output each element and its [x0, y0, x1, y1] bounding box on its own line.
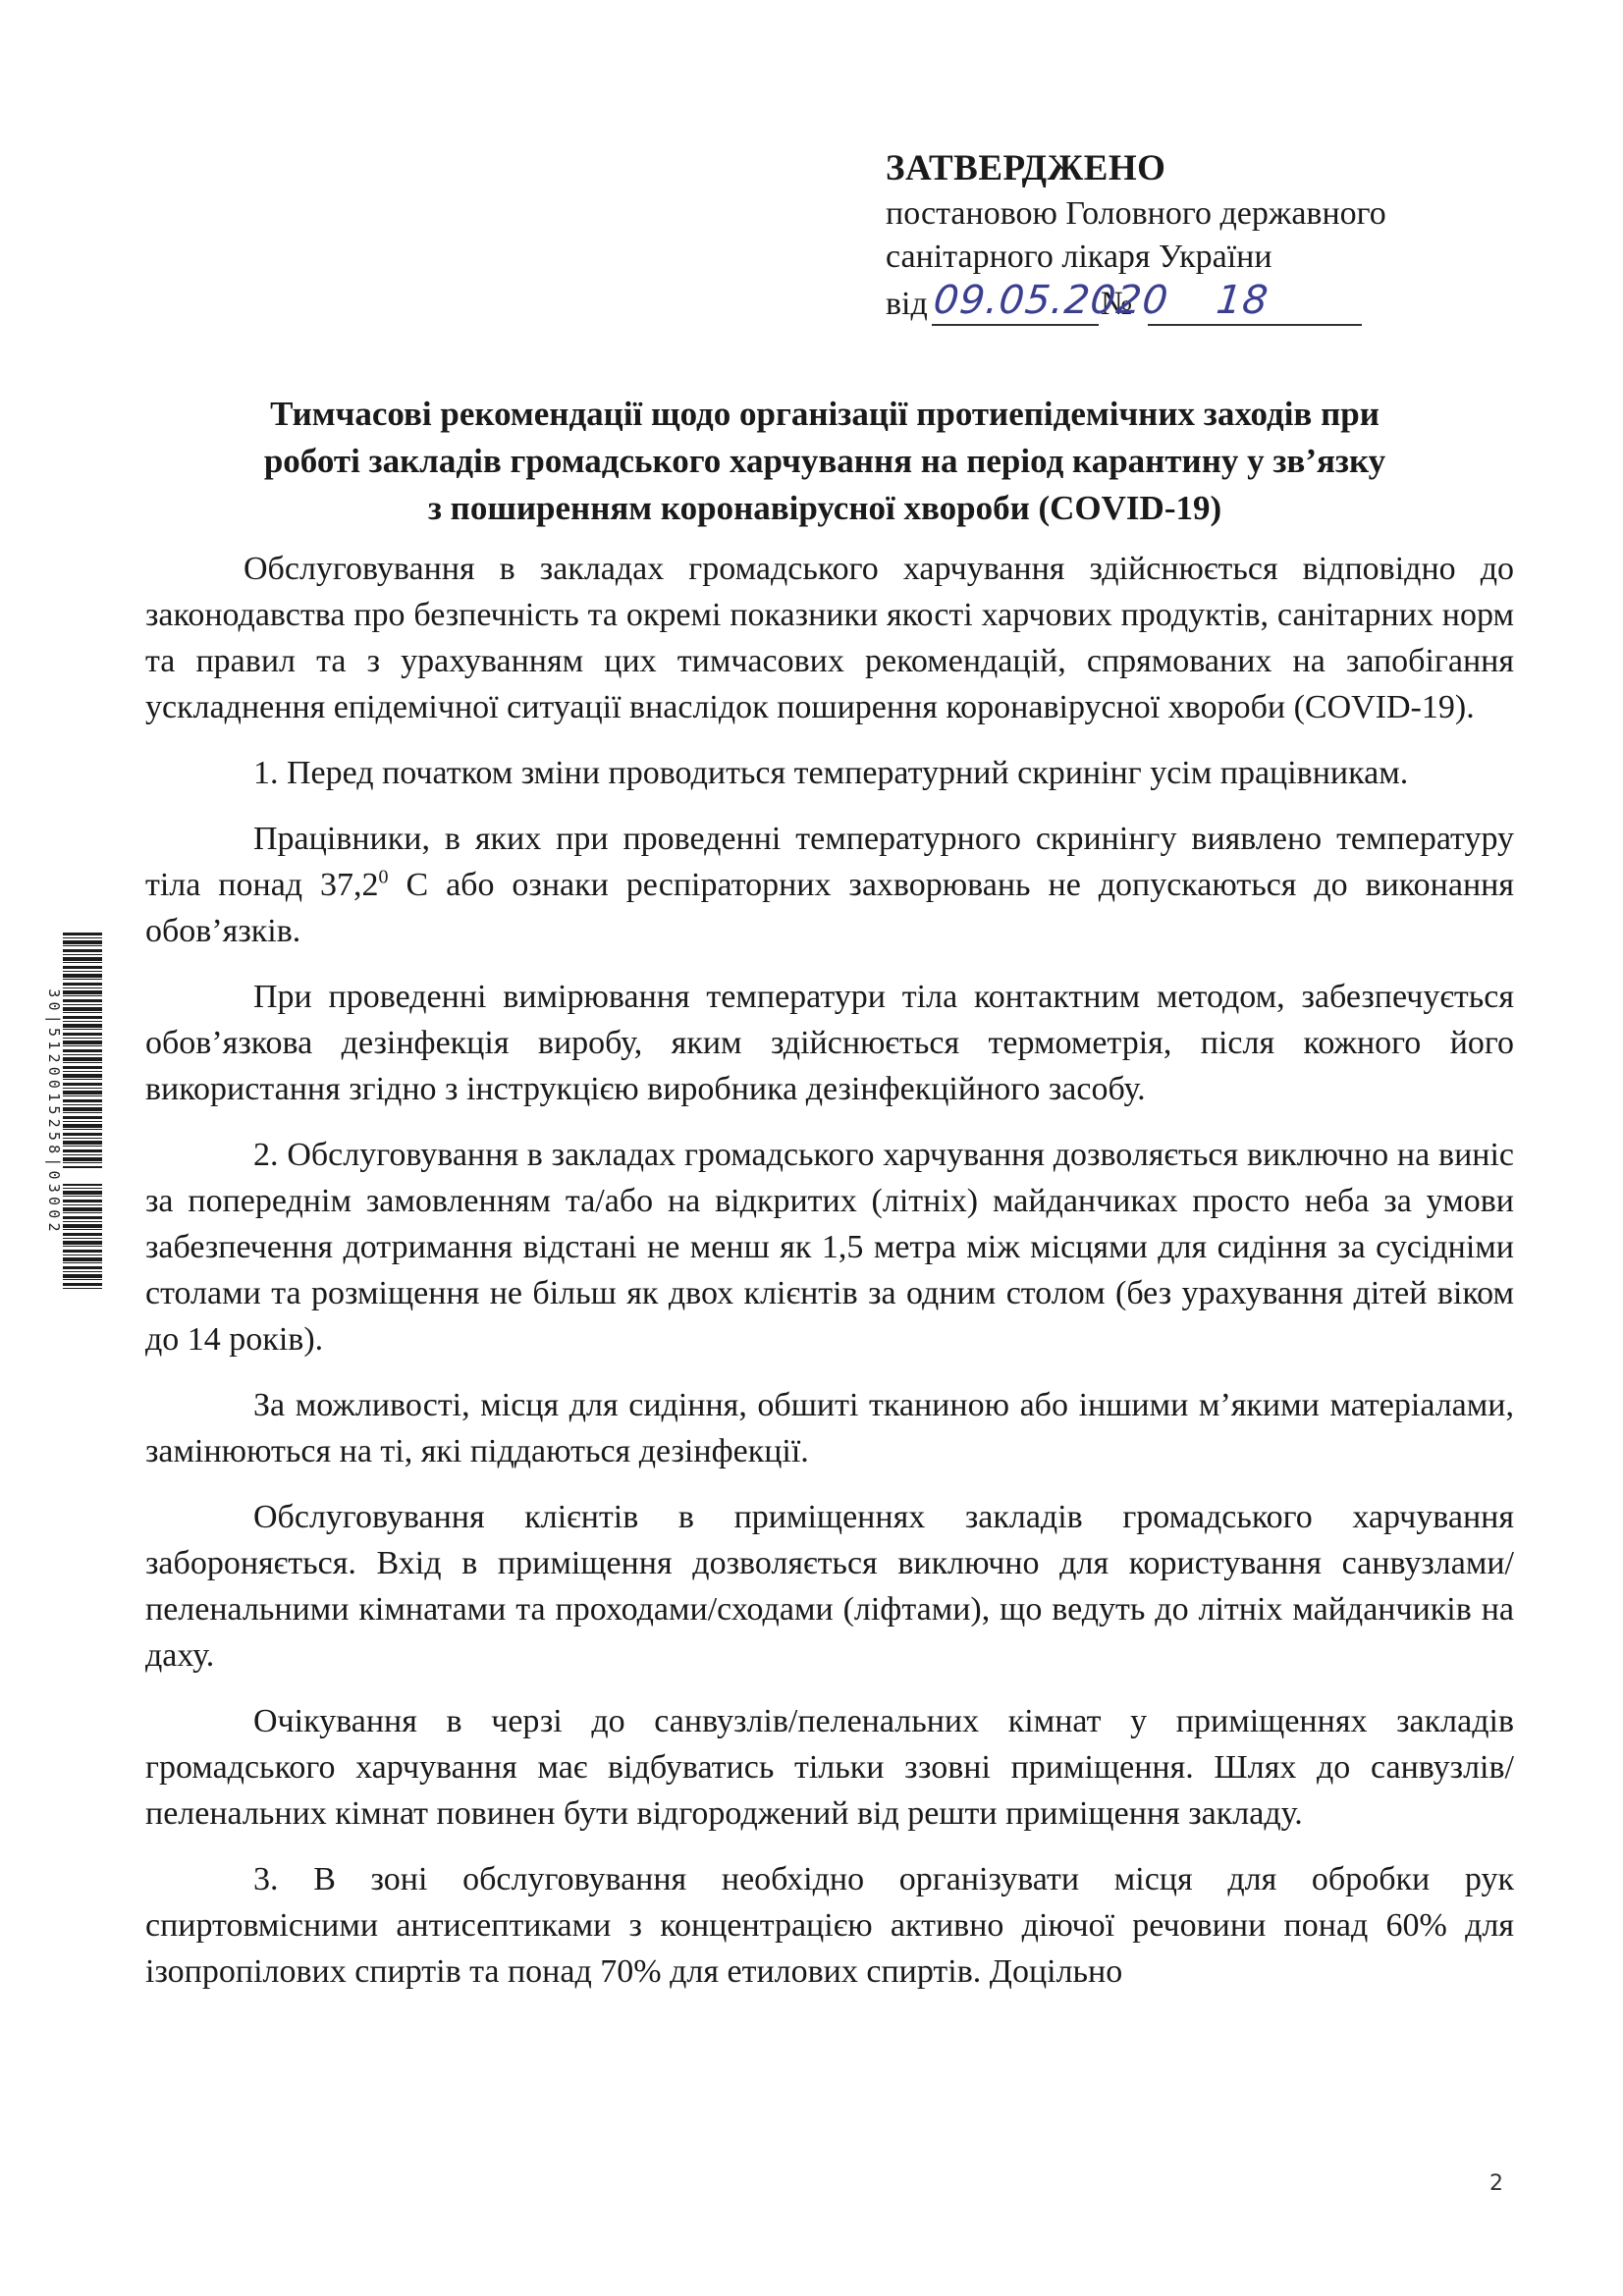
document-title: Тимчасові рекомендації щодо організації … [147, 391, 1502, 532]
title-line-1: Тимчасові рекомендації щодо організації … [147, 391, 1502, 438]
barcode-text: 30|5120015258|03002 [45, 933, 63, 1291]
paragraph-indoor-service: Обслуговування клієнтів в приміщеннях за… [145, 1494, 1514, 1679]
barcode-bars [63, 933, 102, 1291]
barcode-gap [63, 1168, 102, 1184]
paragraph-item-1: 1. Перед початком зміни проводиться темп… [145, 750, 1514, 796]
document-body: Обслуговування в закладах громадського х… [145, 546, 1514, 2014]
approval-date-line: від 09.05.2020 № 18 [886, 279, 1494, 326]
document-page: ЗАТВЕРДЖЕНО постановою Головного державн… [0, 0, 1623, 2296]
degree-superscript: 0 [379, 867, 389, 888]
approval-block: ЗАТВЕРДЖЕНО постановою Головного державн… [886, 145, 1494, 326]
paragraph-queue: Очікування в черзі до санвузлів/пеленаль… [145, 1698, 1514, 1837]
date-field: 09.05.2020 [932, 279, 1099, 326]
handwritten-number: 18 [1215, 279, 1271, 322]
paragraph-thermometry: При проведенні вимірювання температури т… [145, 974, 1514, 1112]
barcode: 30|5120015258|03002 [45, 933, 104, 1291]
barcode-digits: 30|5120015258|03002 [45, 988, 63, 1235]
approval-line-2: санітарного лікаря України [886, 236, 1494, 279]
paragraph-intro: Обслуговування в закладах громадського х… [145, 546, 1514, 730]
approval-line-1: постановою Головного державного [886, 192, 1494, 236]
page-number: 2 [1489, 2171, 1503, 2196]
paragraph-item-3: 3. В зоні обслуговування необхідно орган… [145, 1856, 1514, 1995]
number-field: 18 [1148, 279, 1362, 326]
title-line-2: роботі закладів громадського харчування … [147, 438, 1502, 485]
title-line-3: з поширенням коронавірусної хвороби (COV… [147, 485, 1502, 532]
handwritten-date: 09.05.2020 [932, 279, 1171, 322]
paragraph-item-2: 2. Обслуговування в закладах громадськог… [145, 1132, 1514, 1362]
approval-title: ЗАТВЕРДЖЕНО [886, 145, 1494, 192]
date-prefix: від [886, 283, 928, 326]
paragraph-seating: За можливості, місця для сидіння, обшиті… [145, 1382, 1514, 1474]
paragraph-temperature: Працівники, в яких при проведенні темпер… [145, 816, 1514, 954]
